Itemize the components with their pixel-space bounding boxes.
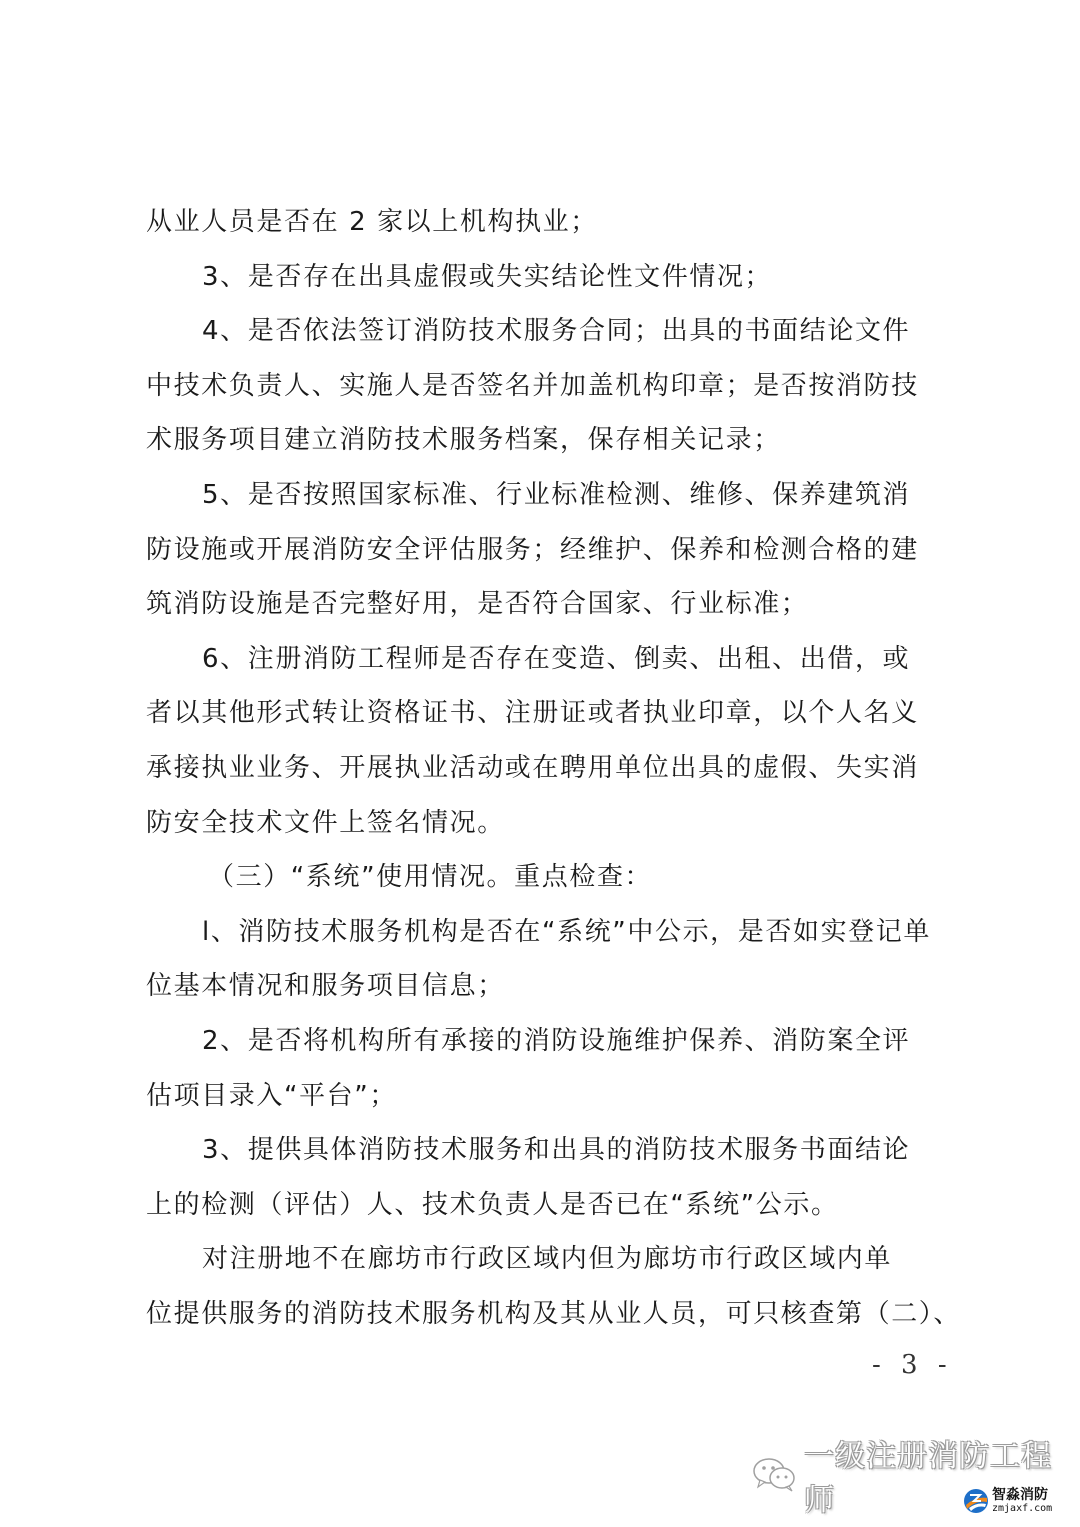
text-line: 上的检测（评估）人、技术负责人是否已在“系统”公示。 xyxy=(146,1178,946,1233)
text-line: 位提供服务的消防技术服务机构及其从业人员，可只核查第（二）、 xyxy=(146,1287,946,1342)
text-line: l、消防技术服务机构是否在“系统”中公示，是否如实登记单 xyxy=(146,905,946,960)
text-line: 4、是否依法签订消防技术服务合同；出具的书面结论文件 xyxy=(146,304,946,359)
brand-url: zmjaxf.com xyxy=(992,1504,1052,1514)
wechat-icon xyxy=(752,1457,798,1493)
section-heading: （三）“系统”使用情况。重点检查： xyxy=(146,850,946,905)
text-line: 中技术负责人、实施人是否签名并加盖机构印章；是否按消防技 xyxy=(146,359,946,414)
text-line: 2、是否将机构所有承接的消防设施维护保养、消防案全评 xyxy=(146,1014,946,1069)
text-line: 估项目录入“平台”； xyxy=(146,1069,946,1124)
page-number: - 3 - xyxy=(872,1350,953,1380)
text-line: 3、提供具体消防技术服务和出具的消防技术服务书面结论 xyxy=(146,1123,946,1178)
text-line: 术服务项目建立消防技术服务档案，保存相关记录； xyxy=(146,413,946,468)
text-line: 从业人员是否在 2 家以上机构执业； xyxy=(146,195,946,250)
text-line: 者以其他形式转让资格证书、注册证或者执业印章，以个人名义 xyxy=(146,686,946,741)
text-line: 对注册地不在廊坊市行政区域内但为廊坊市行政区域内单 xyxy=(146,1232,946,1287)
brand-text: 智淼消防 zmjaxf.com xyxy=(992,1488,1052,1514)
text-line: 3、是否存在出具虚假或失实结论性文件情况； xyxy=(146,250,946,305)
text-line: 5、是否按照国家标准、行业标准检测、维修、保养建筑消 xyxy=(146,468,946,523)
text-line: 防设施或开展消防安全评估服务；经维护、保养和检测合格的建 xyxy=(146,523,946,578)
brand-badge: 智淼消防 zmjaxf.com xyxy=(963,1488,1052,1514)
text-line: 承接执业业务、开展执业活动或在聘用单位出具的虚假、失实消 xyxy=(146,741,946,796)
zmjaxf-logo-icon xyxy=(963,1488,989,1514)
text-line: 防安全技术文件上签名情况。 xyxy=(146,796,946,851)
brand-name: 智淼消防 xyxy=(992,1488,1052,1502)
text-line: 位基本情况和服务项目信息； xyxy=(146,959,946,1014)
text-line: 筑消防设施是否完整好用，是否符合国家、行业标准； xyxy=(146,577,946,632)
text-line: 6、注册消防工程师是否存在变造、倒卖、出租、出借，或 xyxy=(146,632,946,687)
document-body: 从业人员是否在 2 家以上机构执业； 3、是否存在出具虚假或失实结论性文件情况；… xyxy=(146,195,946,1341)
document-page: 从业人员是否在 2 家以上机构执业； 3、是否存在出具虚假或失实结论性文件情况；… xyxy=(0,0,1080,1527)
